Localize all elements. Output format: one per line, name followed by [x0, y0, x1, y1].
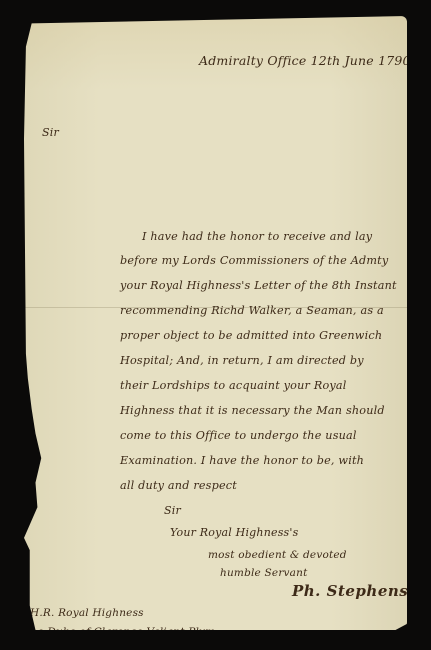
- body-line: your Royal Highness's Letter of the 8th …: [120, 279, 397, 292]
- body-line: before my Lords Commissioners of the Adm…: [120, 254, 388, 267]
- signature: Ph. Stephens: [292, 582, 408, 600]
- salutation: Sir: [42, 126, 59, 139]
- closing-sir: Sir: [164, 504, 181, 517]
- body-line: Hospital; And, in return, I am directed …: [120, 354, 364, 367]
- closing-line: most obedient & devoted: [208, 549, 347, 561]
- recipient-address-line: the Duke of Clarence Valiant Plym.: [26, 626, 219, 638]
- letter-paper: Admiralty Office 12th June 1790 Sir I ha…: [24, 16, 407, 630]
- body-line: I have had the honor to receive and lay: [142, 230, 372, 243]
- body-line: all duty and respect: [120, 479, 237, 492]
- recipient-address-line: H.R. Royal Highness: [30, 607, 144, 619]
- body-line: recommending Richd Walker, a Seaman, as …: [120, 304, 384, 317]
- body-line: proper object to be admitted into Greenw…: [120, 329, 382, 342]
- body-line: Highness that it is necessary the Man sh…: [120, 404, 385, 417]
- body-line: Examination. I have the honor to be, wit…: [120, 454, 364, 467]
- body-line: their Lordships to acquaint your Royal: [120, 379, 347, 392]
- body-line: come to this Office to undergo the usual: [120, 429, 357, 442]
- closing-line: Your Royal Highness's: [170, 526, 298, 539]
- dateline: Admiralty Office 12th June 1790: [199, 53, 411, 68]
- closing-line: humble Servant: [220, 567, 308, 579]
